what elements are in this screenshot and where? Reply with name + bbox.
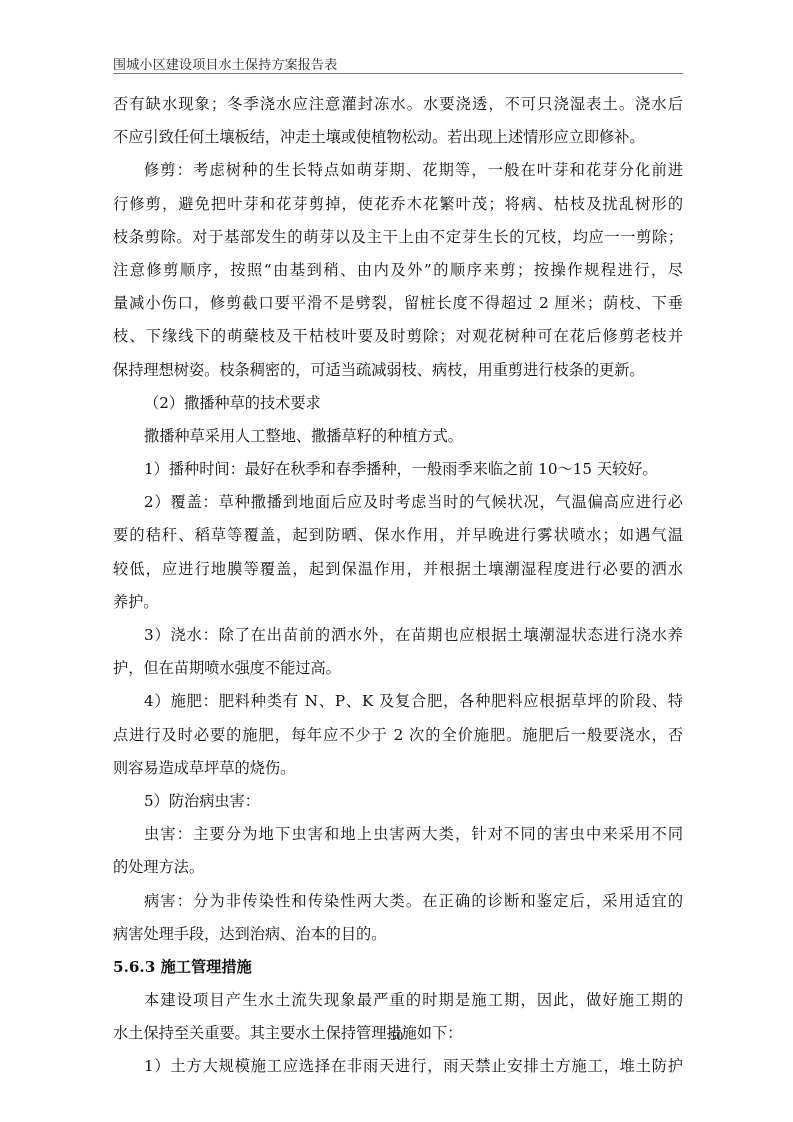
text-line: 保持理想树姿。枝条稠密的，可适当疏减弱枝、病枝，用重剪进行枝条的更新。 (113, 354, 683, 387)
running-header: 围城小区建设项目水土保持方案报告表 (113, 54, 683, 73)
text-line: 点进行及时必要的施肥，每年应不少于 2 次的全价施肥。施肥后一般要浇水，否 (113, 719, 683, 752)
text-line: 虫害：主要分为地下虫害和地上虫害两大类，针对不同的害虫中来采用不同 (113, 818, 683, 851)
header-divider (113, 73, 683, 74)
text-line: 不应引致任何土壤板结，冲走土壤或使植物松动。若出现上述情形应立即修补。 (113, 121, 683, 154)
text-line: 枝、下缘线下的萌蘖枝及干枯枝叶要及时剪除；对观花树种可在花后修剪老枝并 (113, 320, 683, 353)
text-line: （2）撒播种草的技术要求 (113, 387, 683, 420)
text-line: 病害：分为非传染性和传染性两大类。在正确的诊断和鉴定后，采用适宜的 (113, 885, 683, 918)
text-line: 养护。 (113, 586, 683, 619)
text-line: 否有缺水现象；冬季浇水应注意灌封冻水。水要浇透，不可只浇湿表土。浇水后 (113, 88, 683, 121)
text-line: 2）覆盖：草种撒播到地面后应及时考虑当时的气候状况，气温偏高应进行必 (113, 486, 683, 519)
text-line: 1）播种时间：最好在秋季和春季播种，一般雨季来临之前 10～15 天较好。 (113, 453, 683, 486)
text-line: 修剪：考虑树种的生长特点如萌芽期、花期等，一般在叶芽和花芽分化前进 (113, 154, 683, 187)
section-heading: 5.6.3 施工管理措施 (113, 951, 683, 984)
text-line: 行修剪，避免把叶芽和花芽剪掉，使花乔木花繁叶茂；将病、枯枝及扰乱树形的 (113, 188, 683, 221)
text-line: 4）施肥：肥料种类有 N、P、K 及复合肥，各种肥料应根据草坪的阶段、特 (113, 685, 683, 718)
text-line: 本建设项目产生水土流失现象最严重的时期是施工期，因此，做好施工期的 (113, 984, 683, 1017)
text-line: 量减小伤口，修剪截口要平滑不是劈裂，留桩长度不得超过 2 厘米；荫枝、下垂 (113, 287, 683, 320)
text-line: 护，但在苗期喷水强度不能过高。 (113, 652, 683, 685)
text-line: 枝条剪除。对于基部发生的萌芽以及主干上由不定芽生长的冗枝，均应一一剪除； (113, 221, 683, 254)
text-line: 5）防治病虫害： (113, 785, 683, 818)
text-line: 3）浇水：除了在出苗前的洒水外，在苗期也应根据土壤潮湿状态进行浇水养 (113, 619, 683, 652)
text-line: 要的秸秆、稻草等覆盖，起到防晒、保水作用，并早晚进行雾状喷水；如遇气温 (113, 519, 683, 552)
page-number: 50 (0, 1028, 793, 1044)
text-line: 则容易造成草坪草的烧伤。 (113, 752, 683, 785)
text-line: 的处理方法。 (113, 851, 683, 884)
text-line: 注意修剪顺序，按照“由基到稍、由内及外”的顺序来剪；按操作规程进行，尽 (113, 254, 683, 287)
text-line: 撒播种草采用人工整地、撒播草籽的种植方式。 (113, 420, 683, 453)
text-line: 病害处理手段，达到治病、治本的目的。 (113, 918, 683, 951)
document-body: 否有缺水现象；冬季浇水应注意灌封冻水。水要浇透，不可只浇湿表土。浇水后不应引致任… (113, 88, 683, 1084)
text-line: 较低，应进行地膜等覆盖，起到保温作用，并根据土壤潮湿程度进行必要的洒水 (113, 553, 683, 586)
text-line: 1）土方大规模施工应选择在非雨天进行，雨天禁止安排土方施工，堆土防护 (113, 1050, 683, 1083)
